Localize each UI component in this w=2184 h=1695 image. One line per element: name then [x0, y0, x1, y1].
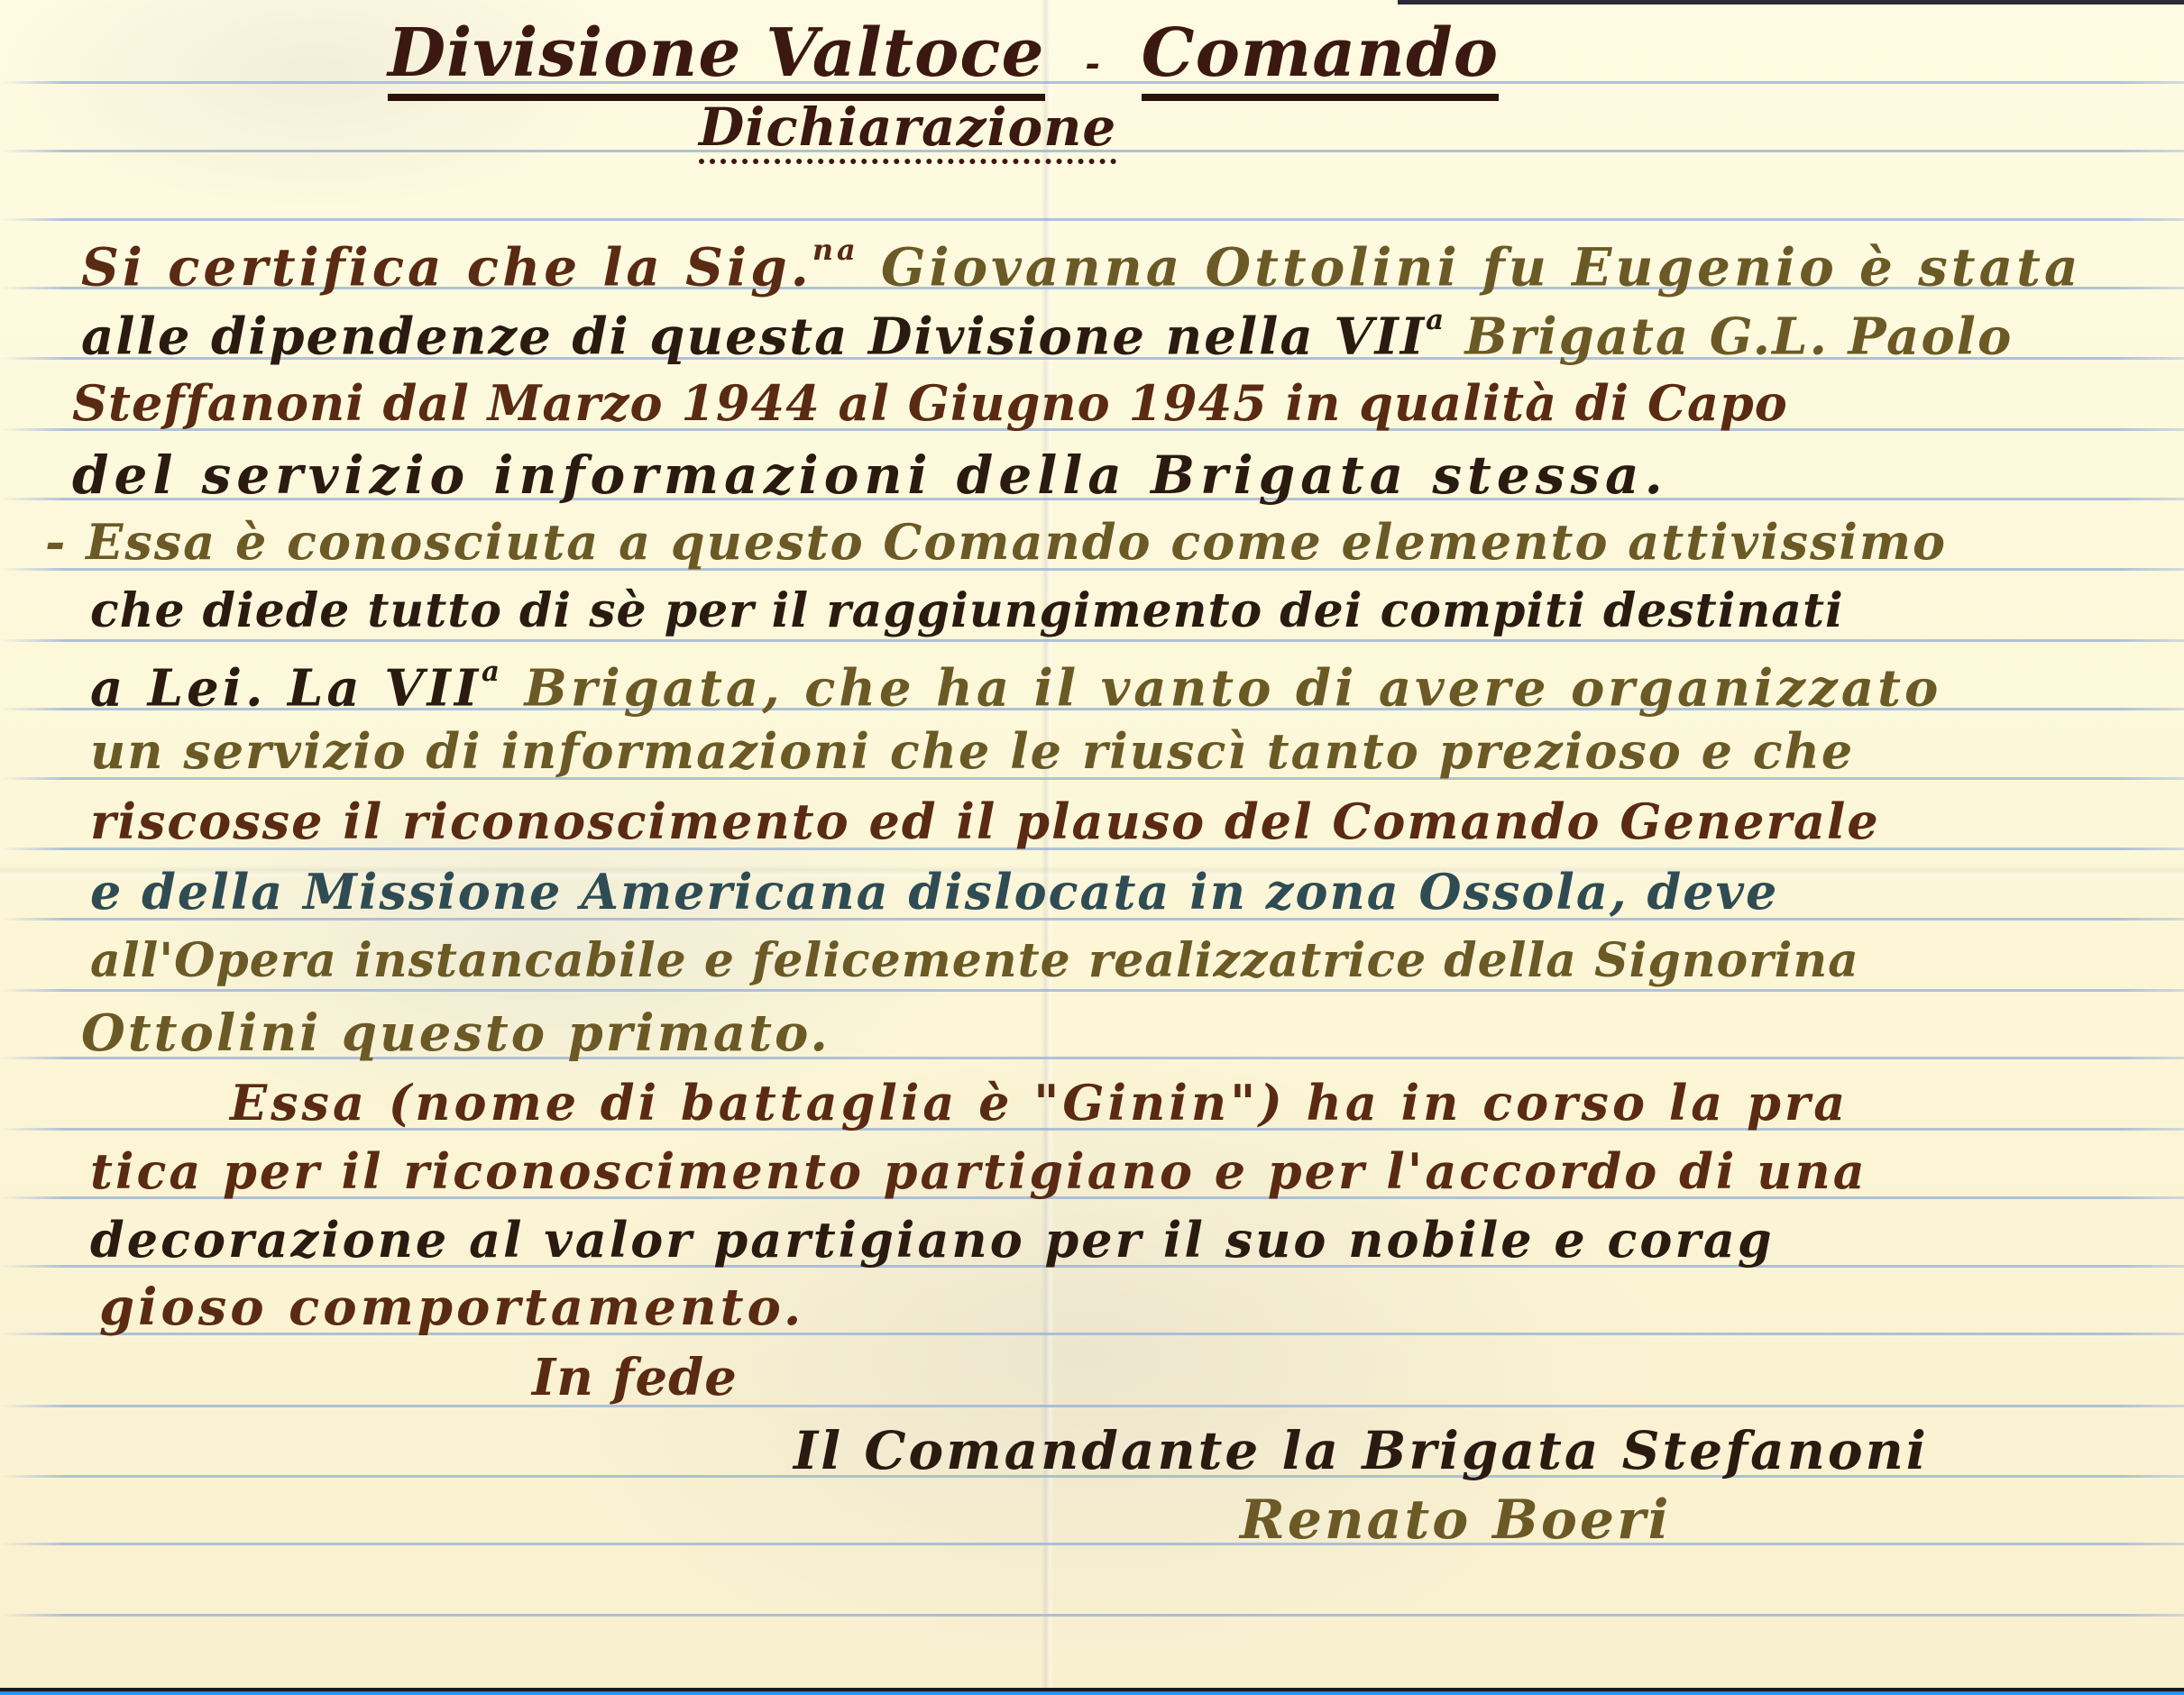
page-title: Divisione Valtoce - Comando — [388, 20, 1499, 87]
body-line-15: decorazione al valor partigiano per il s… — [90, 1215, 1775, 1264]
heading-separator: - — [1085, 42, 1101, 85]
signature-name: Renato Boeri — [1240, 1493, 1671, 1547]
body-line-7: a Lei. La VIIa Brigata, che ha il vanto … — [90, 658, 1941, 714]
ruled-line — [0, 989, 2184, 992]
body-line-6: che diede tutto di sè per il raggiungime… — [90, 588, 1844, 635]
text-segment: Brigata, che ha il vanto di avere organi… — [525, 659, 1942, 719]
superscript: a — [1426, 304, 1445, 336]
ruled-line — [0, 1543, 2184, 1545]
body-line-3: Steffanoni dal Marzo 1944 al Giugno 1945… — [72, 379, 1788, 427]
ruled-line — [0, 218, 2184, 221]
ruled-line — [0, 639, 2184, 642]
heading-division: Divisione Valtoce — [388, 14, 1045, 101]
text-segment: Brigata G.L. Paolo — [1465, 307, 2014, 367]
signature-title: Il Comandante la Brigata Stefanoni — [794, 1425, 1929, 1477]
text-segment: alle dipendenze di questa Divisione nell… — [81, 307, 1426, 367]
body-line-13: Essa (nome di battaglia è "Ginin") ha in… — [230, 1078, 1849, 1127]
ruled-line — [0, 1614, 2184, 1617]
text-segment: Si certifica che la Sig. — [81, 237, 812, 298]
body-line-4: del servizio informazioni della Brigata … — [72, 449, 1668, 501]
body-line-14: tica per il riconoscimento partigiano e … — [90, 1147, 1867, 1196]
body-line-10: e della Missione Americana dislocata in … — [90, 867, 1778, 916]
text-segment: Giovanna Ottolini fu Eugenio è stata — [881, 237, 2082, 298]
body-line-12: Ottolini questo primato. — [81, 1008, 830, 1058]
body-line-8: un servizio di informazioni che le riusc… — [90, 727, 1854, 775]
scan-edge-bottom — [0, 1688, 2184, 1695]
heading-command: Comando — [1142, 14, 1499, 101]
superscript: a — [482, 655, 503, 688]
body-line-1: Si certifica che la Sig.na Giovanna Otto… — [81, 236, 2082, 294]
body-line-16: gioso comportamento. — [99, 1282, 804, 1333]
body-line-2: alle dipendenze di questa Divisione nell… — [81, 307, 2013, 362]
ruled-line — [0, 1405, 2184, 1407]
body-line-9: riscosse il riconoscimento ed il plauso … — [90, 797, 1880, 846]
superscript: na — [812, 233, 859, 267]
letter-page: Divisione Valtoce - Comando Dichiarazion… — [0, 0, 2184, 1695]
text-segment: a Lei. La VII — [90, 659, 482, 719]
document-subtitle: Dichiarazione — [699, 101, 1116, 164]
closing-in-fede: In fede — [532, 1352, 738, 1403]
scan-edge-top — [1398, 0, 2184, 5]
body-line-11: all'Opera instancabile e felicemente rea… — [90, 938, 1859, 985]
body-line-5: - Essa è conosciuta a questo Comando com… — [45, 518, 1947, 566]
